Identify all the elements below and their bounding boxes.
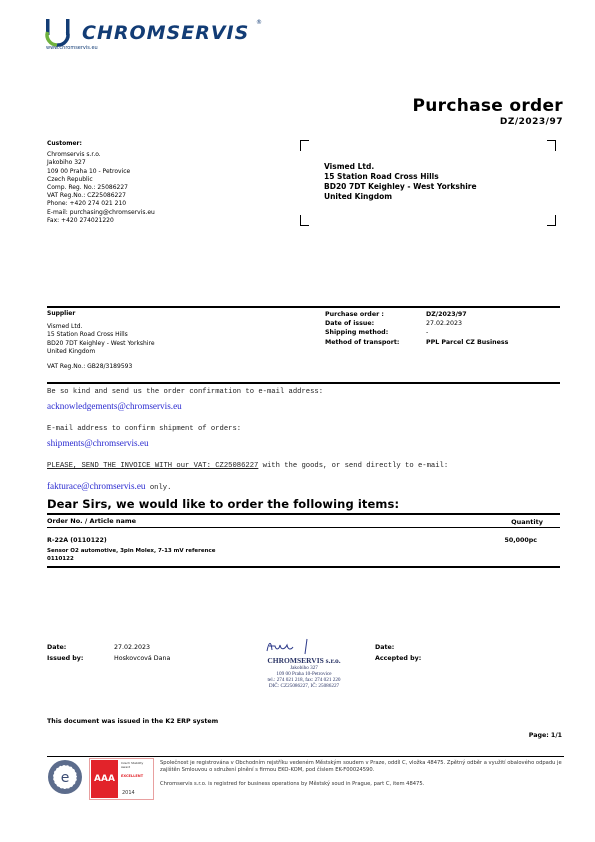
- confirm-email-link[interactable]: acknowledgements@chromservis.eu: [47, 401, 182, 411]
- customer-line: Chromservis s.r.o.: [47, 151, 155, 159]
- certification-seal: e: [47, 759, 83, 795]
- invoice-note-rest: with the goods, or send directly to e-ma…: [258, 462, 448, 470]
- shipment-instruction: E-mail address to confirm shipment of or…: [47, 425, 241, 433]
- brand-name: CHROMSERVIS: [82, 22, 249, 44]
- footer-cz-text: Společnost je registrována v Obchodním r…: [160, 760, 565, 774]
- issued-by-value: Hoskovcová Dana: [114, 655, 170, 662]
- supplier-line: Vismed Ltd.: [47, 323, 155, 331]
- invoice-vat-note: PLEASE, SEND THE INVOICE WITH our VAT: C…: [47, 462, 258, 470]
- customer-line: Fax: +420 274021220: [47, 217, 155, 225]
- address-line: 15 Station Road Cross Hills: [324, 172, 477, 182]
- divider: [47, 382, 560, 384]
- accept-date-label: Date:: [375, 644, 394, 651]
- aaa-year: 2014: [122, 790, 135, 796]
- item-code: R-22A (0110122): [47, 537, 107, 544]
- column-header-article: Order No. / Article name: [47, 517, 136, 525]
- greeting-heading: Dear Sirs, we would like to order the fo…: [47, 497, 399, 511]
- supplier-line: United Kingdom: [47, 348, 155, 356]
- date-value: 27.02.2023: [114, 644, 150, 651]
- svg-text:e: e: [61, 770, 70, 786]
- confirm-instruction: Be so kind and send us the order confirm…: [47, 388, 323, 396]
- customer-line: Comp. Reg. No.: 25086227: [47, 184, 155, 192]
- date-label: Date:: [47, 644, 66, 651]
- supplier-vat: VAT Reg.No.: GB28/3189593: [47, 363, 155, 371]
- corner-mark: [547, 215, 556, 226]
- order-info-row: Date of issue:27.02.2023: [325, 319, 508, 328]
- customer-label: Customer:: [47, 140, 155, 148]
- brand-url: www.chromservis.eu: [46, 45, 98, 51]
- address-line: BD20 7DT Keighley - West Yorkshire: [324, 182, 477, 192]
- aaa-small: Czech Stability Award: [121, 762, 151, 769]
- system-note: This document was issued in the K2 ERP s…: [47, 718, 218, 725]
- signature-icon: [263, 637, 323, 655]
- supplier-line: BD20 7DT Keighley - West Yorkshire: [47, 340, 155, 348]
- supplier-line: 15 Station Road Cross Hills: [47, 331, 155, 339]
- item-quantity: 50,000pc: [504, 537, 537, 544]
- corner-mark: [547, 140, 556, 151]
- customer-line: Jakobiho 327: [47, 159, 155, 167]
- invoice-email-link[interactable]: fakturace@chromservis.eu: [47, 481, 146, 491]
- page-number: Page: 1/1: [529, 732, 562, 739]
- item-article-number: 0110122: [47, 556, 74, 562]
- customer-block: Customer: Chromservis s.r.o. Jakobiho 32…: [47, 140, 155, 225]
- issued-by-label: Issued by:: [47, 655, 83, 662]
- divider: [47, 566, 560, 568]
- company-stamp: CHROMSERVIS s.r.o. Jakobiho 327 109 00 P…: [255, 637, 353, 689]
- document-title: Purchase order: [412, 96, 563, 116]
- supplier-label: Supplier: [47, 310, 155, 318]
- company-logo: CHROMSERVIS ® www.chromservis.eu: [44, 18, 274, 52]
- supplier-block: Supplier Vismed Ltd. 15 Station Road Cro…: [47, 310, 155, 371]
- customer-line: Czech Republic: [47, 176, 155, 184]
- divider: [47, 513, 560, 515]
- divider: [47, 527, 560, 528]
- shipment-email-link[interactable]: shipments@chromservis.eu: [47, 438, 149, 448]
- delivery-address-box: Vismed Ltd. 15 Station Road Cross Hills …: [300, 140, 556, 226]
- aaa-sub: EXCELLENT: [121, 774, 143, 778]
- corner-mark: [300, 215, 309, 226]
- registered-mark: ®: [256, 19, 262, 26]
- stamp-company: CHROMSERVIS s.r.o.: [255, 656, 353, 665]
- column-header-quantity: Quantity: [511, 518, 543, 526]
- order-info-row: Method of transport:PPL Parcel CZ Busine…: [325, 338, 508, 347]
- order-info-row: Shipping method:-: [325, 328, 508, 337]
- order-info: Purchase order :DZ/2023/97 Date of issue…: [325, 310, 508, 347]
- customer-line: Phone: +420 274 021 210: [47, 200, 155, 208]
- divider: [47, 306, 560, 308]
- address-line: Vismed Ltd.: [324, 162, 477, 172]
- invoice-instruction: PLEASE, SEND THE INVOICE WITH our VAT: C…: [47, 462, 448, 470]
- invoice-suffix: only.: [146, 484, 172, 492]
- certification-seal-icon: e: [47, 759, 83, 795]
- order-number: DZ/2023/97: [500, 117, 563, 127]
- corner-mark: [300, 140, 309, 151]
- accepted-by-label: Accepted by:: [375, 655, 421, 662]
- aaa-label: AAA: [91, 760, 118, 798]
- invoice-email-line: fakturace@chromservis.eu only.: [47, 474, 171, 493]
- customer-line: E-mail: purchasing@chromservis.eu: [47, 209, 155, 217]
- customer-line: VAT Reg.No.: CZ25086227: [47, 192, 155, 200]
- aaa-badge: AAA Czech Stability Award EXCELLENT 2014: [89, 758, 154, 800]
- chromservis-logo-icon: [44, 18, 74, 48]
- footer-en-text: Chromservis s.r.o. is registred for busi…: [160, 781, 565, 788]
- order-info-row: Purchase order :DZ/2023/97: [325, 310, 508, 319]
- item-description: Sensor O2 automotive, 3pin Molex, 7-13 m…: [47, 548, 215, 554]
- customer-line: 109 00 Praha 10 - Petrovice: [47, 168, 155, 176]
- stamp-line: DIČ: CZ25086227, IČ: 25086227: [255, 683, 353, 689]
- address-line: United Kingdom: [324, 192, 477, 202]
